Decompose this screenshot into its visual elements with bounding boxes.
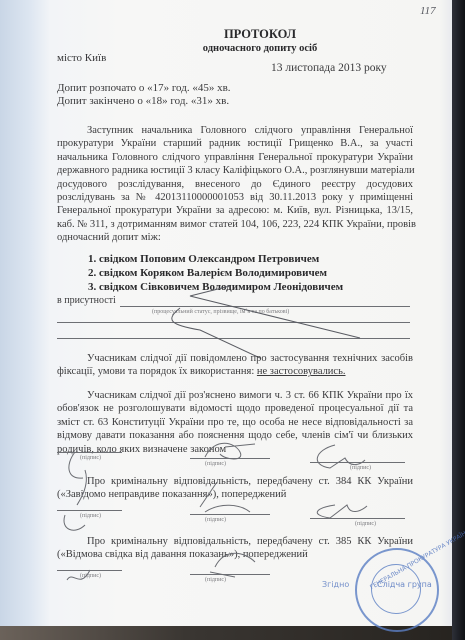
signature-middle: [195, 432, 265, 592]
document-date: 13 листопада 2013 року: [271, 62, 387, 75]
witness-item: 1. свідком Поповим Олександром Петровиче…: [88, 253, 319, 266]
intro-line: розслідувань за № 42013110000001053 від …: [57, 191, 413, 204]
rights-line: зміст ст. 63 Конституції України про те,…: [57, 416, 413, 429]
z-crossout-line: [130, 280, 370, 360]
page-title: ПРОТОКОЛ: [150, 28, 370, 41]
signature-caption: (підпис): [355, 521, 376, 527]
witness-item: 2. свідком Коряком Валерієм Володимирови…: [88, 267, 327, 280]
rights-line: Учасникам слідчої дії роз'яснено вимоги …: [57, 389, 413, 402]
city-label: місто Київ: [57, 52, 106, 65]
intro-line: прокуратури України старший радник юстиц…: [57, 137, 413, 150]
presence-label: в присутності: [57, 294, 116, 307]
stamp-inner-text: Слідча група: [377, 580, 432, 589]
rights-line: обов'язок не розголошувати відомості щод…: [57, 402, 413, 415]
interrogation-start: Допит розпочато о «17» год. «45» хв.: [57, 82, 231, 95]
intro-line: державного радника юстиції 3 класу Каліф…: [57, 164, 413, 177]
intro-line: начальника Головного слідчого управління…: [57, 151, 413, 164]
page-number: 117: [420, 5, 436, 17]
tech-paragraph: Учасникам слідчої дії повідомлено про за…: [57, 352, 413, 379]
signature-left: [55, 430, 115, 600]
signature-right: [305, 440, 385, 520]
intro-line: досудового розслідування, внесеного до Є…: [57, 178, 413, 191]
intro-paragraph: Заступник начальника Головного слідчого …: [57, 124, 413, 245]
intro-line: Генеральної прокуратури України за адрес…: [57, 204, 413, 217]
intro-line: каб. № 311, з дотриманням вимог статей 1…: [57, 218, 413, 231]
page-subtitle: одночасного допиту осіб: [150, 42, 370, 55]
intro-line: Заступник начальника Головного слідчого …: [57, 124, 413, 137]
intro-line: одночасний допит між:: [57, 231, 413, 244]
interrogation-end: Допит закінчено о «18» год. «31» хв.: [57, 95, 229, 108]
tech-line: Учасникам слідчої дії повідомлено про за…: [57, 352, 413, 365]
stamp-side-text: Згідно: [322, 580, 349, 589]
tech-line-2: фіксації, умови та порядок їх використан…: [57, 365, 413, 378]
tech-text: фіксації, умови та порядок їх використан…: [57, 366, 257, 377]
official-stamp: ГЕНЕРАЛЬНА ПРОКУРАТУРА УКРАЇНИ Слідча гр…: [355, 548, 439, 632]
tech-answer: не застосовувались.: [257, 366, 346, 377]
